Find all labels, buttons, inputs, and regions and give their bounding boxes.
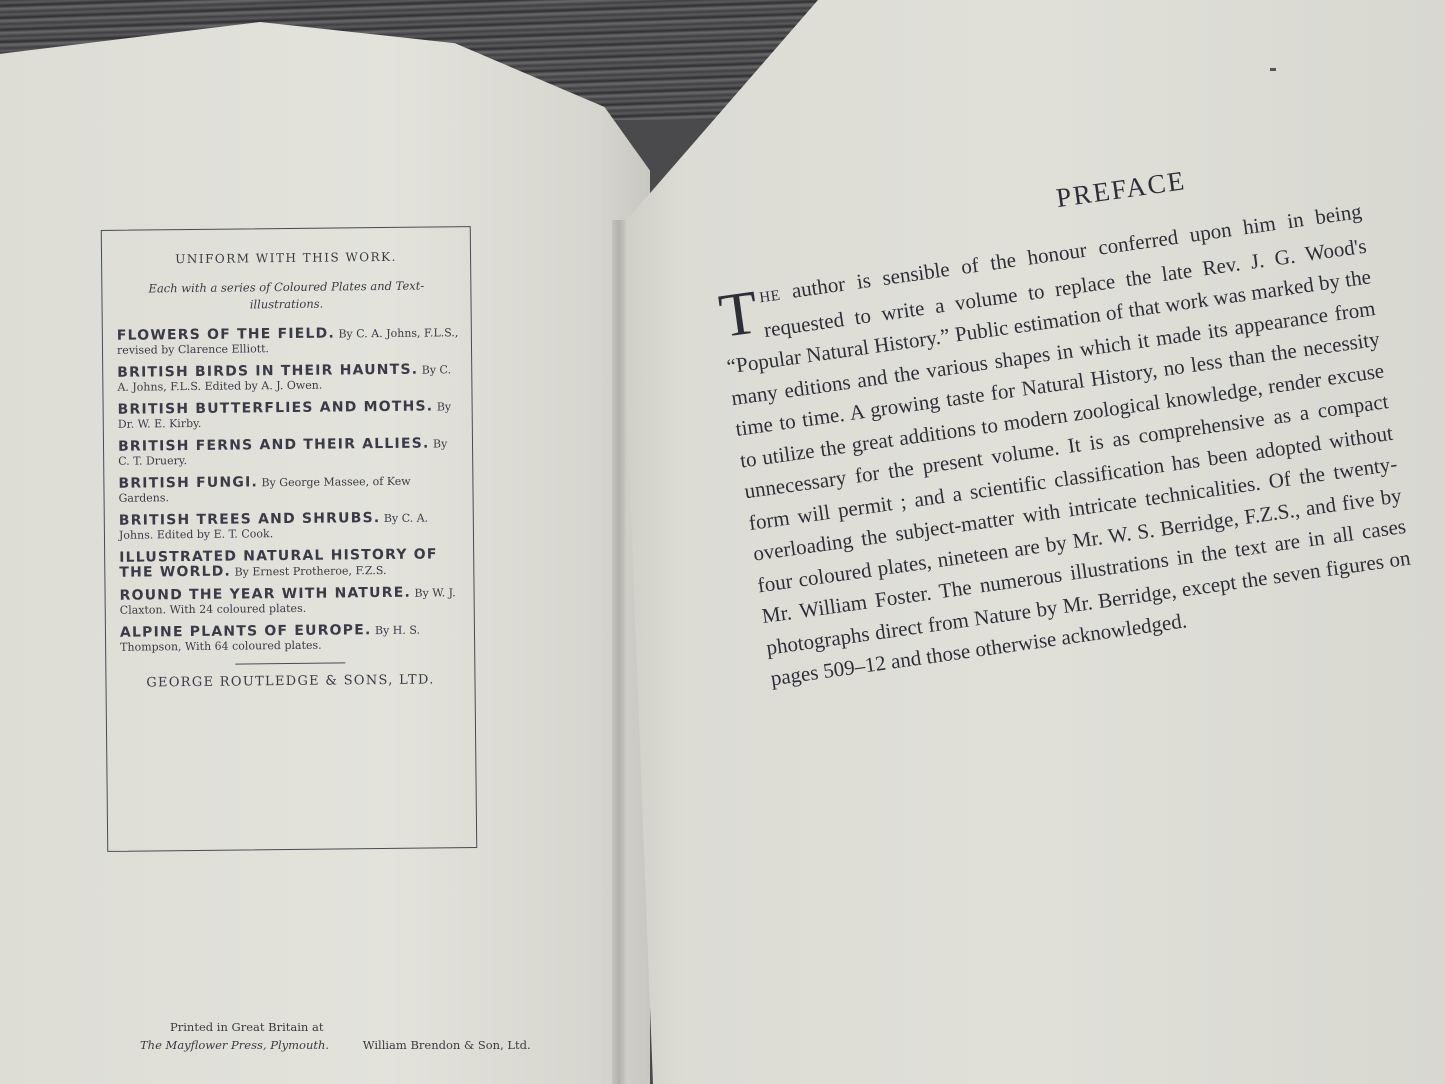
imprint-printer: The Mayflower Press, Plymouth. William B… — [140, 1038, 531, 1052]
paper-speck — [1270, 68, 1276, 71]
ad-book-entry: BRITISH BUTTERFLIES AND MOTHS. By Dr. W.… — [118, 399, 460, 432]
book-title: ROUND THE YEAR WITH NATURE. — [120, 585, 412, 604]
ad-book-entry: ILLUSTRATED NATURAL HISTORY OF THE WORLD… — [119, 547, 461, 581]
book-gutter — [612, 220, 626, 1084]
book-title: BRITISH BIRDS IN THEIR HAUNTS. — [117, 362, 418, 381]
preface-text: author is sensible of the honour conferr… — [725, 199, 1411, 691]
ad-subheading: Each with a series of Coloured Plates an… — [112, 277, 460, 315]
imprint-press: The Mayflower Press, Plymouth. — [140, 1038, 329, 1052]
imprint-line: Printed in Great Britain at — [170, 1020, 323, 1034]
ad-book-entry: FLOWERS OF THE FIELD. By C. A. Johns, F.… — [117, 325, 459, 358]
ad-publisher: GEORGE ROUTLEDGE & SONS, LTD. — [106, 672, 474, 691]
book-byline: By Ernest Protheroe, F.Z.S. — [234, 564, 386, 579]
ad-book-entry: BRITISH BIRDS IN THEIR HAUNTS. By C. A. … — [117, 362, 459, 395]
imprint-printer-name: William Brendon & Son, Ltd. — [363, 1038, 531, 1052]
book-title: BRITISH BUTTERFLIES AND MOTHS. — [118, 398, 434, 417]
book-title: BRITISH FUNGI. — [118, 474, 258, 491]
ad-book-list: FLOWERS OF THE FIELD. By C. A. Johns, F.… — [117, 325, 462, 655]
preface-block: PREFACE THE author is sensible of the ho… — [708, 142, 1417, 695]
advertisement-box: UNIFORM WITH THIS WORK. Each with a seri… — [101, 226, 477, 852]
ad-book-entry: BRITISH FERNS AND THEIR ALLIES. By C. T.… — [118, 436, 460, 469]
lead-smallcaps: HE — [759, 288, 782, 307]
book-title: BRITISH FERNS AND THEIR ALLIES. — [118, 436, 430, 455]
ad-book-entry: ROUND THE YEAR WITH NATURE. By W. J. Cla… — [120, 585, 462, 618]
book-title: FLOWERS OF THE FIELD. — [117, 326, 335, 344]
ad-divider — [235, 662, 345, 664]
ad-heading: UNIFORM WITH THIS WORK. — [102, 249, 470, 267]
ad-book-entry: BRITISH TREES AND SHRUBS. By C. A. Johns… — [119, 510, 461, 543]
drop-cap: T — [716, 287, 760, 342]
book-title: BRITISH TREES AND SHRUBS. — [119, 510, 381, 529]
ad-book-entry: ALPINE PLANTS OF EUROPE. By H. S. Thomps… — [120, 622, 462, 655]
book-title: ALPINE PLANTS OF EUROPE. — [120, 622, 372, 641]
ad-book-entry: BRITISH FUNGI. By George Massee, of Kew … — [118, 473, 460, 506]
